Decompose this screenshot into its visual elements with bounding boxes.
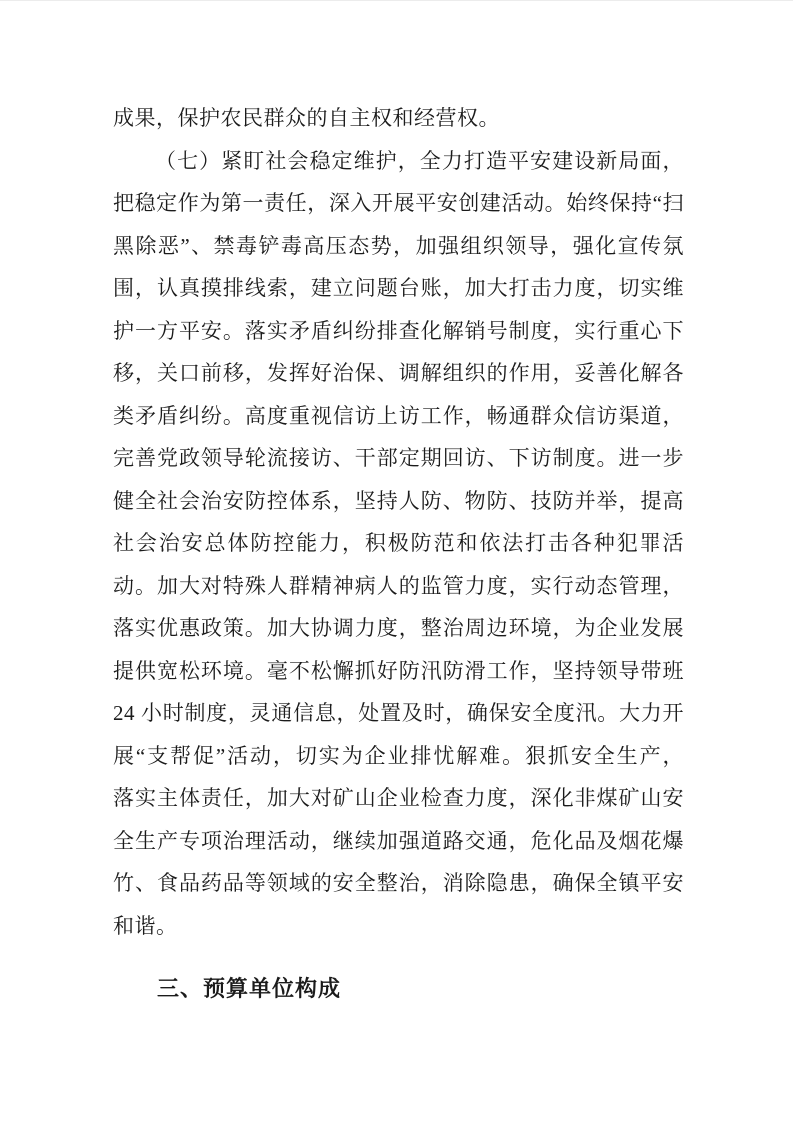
paragraph-line: 健全社会治安防控体系，坚持人防、物防、技防并举，提高 [113, 480, 684, 523]
paragraph-line: 和谐。 [113, 905, 684, 948]
paragraph-line: 黑除恶”、禁毒铲毒高压态势，加强组织领导，强化宣传氛 [113, 225, 684, 268]
paragraph-line: 完善党政领导轮流接访、干部定期回访、下访制度。进一步 [113, 437, 684, 480]
paragraph-line: 护一方平安。落实矛盾纠纷排查化解销号制度，实行重心下 [113, 310, 684, 353]
paragraph-line: 展“支帮促”活动，切实为企业排忧解难。狠抓安全生产， [113, 735, 684, 778]
paragraph-line: 围，认真摸排线索，建立问题台账，加大打击力度，切实维 [113, 267, 684, 310]
paragraph-line: 落实主体责任，加大对矿山企业检查力度，深化非煤矿山安 [113, 777, 684, 820]
paragraph-tail-line: 成果，保护农民群众的自主权和经营权。 [113, 97, 684, 140]
paragraph-seven: （七）紧盯社会稳定维护，全力打造平安建设新局面，把稳定作为第一责任，深入开展平安… [113, 140, 684, 948]
paragraph-line: 社会治安总体防控能力，积极防范和依法打击各种犯罪活 [113, 522, 684, 565]
paragraph-line: 竹、食品药品等领域的安全整治，消除隐患，确保全镇平安 [113, 862, 684, 905]
paragraph-line: （七）紧盯社会稳定维护，全力打造平安建设新局面， [113, 140, 684, 183]
paragraph-line: 落实优惠政策。加大协调力度，整治周边环境，为企业发展 [113, 607, 684, 650]
paragraph-line: 24 小时制度，灵通信息，处置及时，确保安全度汛。大力开 [113, 692, 684, 735]
paragraph-line: 全生产专项治理活动，继续加强道路交通，危化品及烟花爆 [113, 820, 684, 863]
document-content: 成果，保护农民群众的自主权和经营权。 （七）紧盯社会稳定维护，全力打造平安建设新… [113, 97, 684, 1010]
paragraph-line: 类矛盾纠纷。高度重视信访上访工作，畅通群众信访渠道， [113, 395, 684, 438]
paragraph-line: 把稳定作为第一责任，深入开展平安创建活动。始终保持“扫 [113, 182, 684, 225]
document-page: 成果，保护农民群众的自主权和经营权。 （七）紧盯社会稳定维护，全力打造平安建设新… [0, 0, 793, 1123]
paragraph-line: 提供宽松环境。毫不松懈抓好防汛防滑工作，坚持领导带班 [113, 650, 684, 693]
section-heading: 三、预算单位构成 [113, 968, 684, 1010]
paragraph-line: 移，关口前移，发挥好治保、调解组织的作用，妥善化解各 [113, 352, 684, 395]
paragraph-line: 动。加大对特殊人群精神病人的监管力度，实行动态管理， [113, 565, 684, 608]
